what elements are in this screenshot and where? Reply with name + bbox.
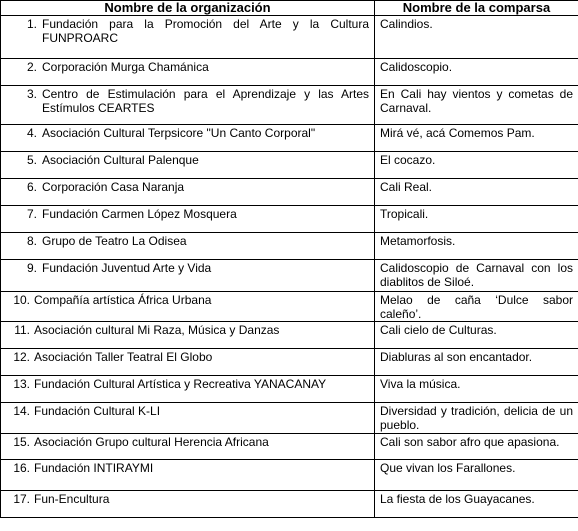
table-row: 14.Fundación Cultural K-LIDiversidad y t… <box>1 403 578 434</box>
row-number: 4. <box>6 126 42 140</box>
table-row: 1.Fundación para la Promoción del Arte y… <box>1 16 578 59</box>
organization-cell: 15.Asociación Grupo cultural Herencia Af… <box>1 434 375 460</box>
organization-name: Centro de Estimulación para el Aprendiza… <box>42 87 369 115</box>
table-row: 5.Asociación Cultural PalenqueEl cocazo. <box>1 152 578 179</box>
row-number: 2. <box>6 60 42 74</box>
comparsa-name: Diabluras al son encantador. <box>375 349 578 376</box>
organization-name: Corporación Murga Chamánica <box>42 60 369 74</box>
organization-cell: 14.Fundación Cultural K-LI <box>1 403 375 434</box>
organization-cell: 5.Asociación Cultural Palenque <box>1 152 375 179</box>
table-row: 2.Corporación Murga ChamánicaCalidoscopi… <box>1 59 578 86</box>
comparsa-name: La fiesta de los Guayacanes. <box>375 491 578 518</box>
row-number: 9. <box>6 261 42 275</box>
organization-name: Fundación Cultural Artística y Recreativ… <box>34 377 369 391</box>
organization-name: Asociación Taller Teatral El Globo <box>34 350 369 364</box>
row-number: 16. <box>6 461 34 475</box>
organization-cell: 4.Asociación Cultural Terpsicore "Un Can… <box>1 125 375 152</box>
row-number: 12. <box>6 350 34 364</box>
table-row: 15.Asociación Grupo cultural Herencia Af… <box>1 434 578 460</box>
organization-cell: 16.Fundación INTIRAYMI <box>1 460 375 491</box>
comparsa-name: Melao de caña ‘Dulce sabor caleño’. <box>375 292 578 322</box>
organization-cell: 3.Centro de Estimulación para el Aprendi… <box>1 86 375 125</box>
comparsa-name: Que vivan los Farallones. <box>375 460 578 491</box>
table-row: 17.Fun-EnculturaLa fiesta de los Guayaca… <box>1 491 578 518</box>
table-row: 6.Corporación Casa NaranjaCali Real. <box>1 179 578 206</box>
table-row: 13.Fundación Cultural Artística y Recrea… <box>1 376 578 403</box>
row-number: 17. <box>6 492 34 506</box>
organizations-table: Nombre de la organización Nombre de la c… <box>0 0 578 518</box>
comparsa-name: El cocazo. <box>375 152 578 179</box>
organization-name: Asociación Grupo cultural Herencia Afric… <box>34 435 369 449</box>
organization-cell: 13.Fundación Cultural Artística y Recrea… <box>1 376 375 403</box>
comparsa-name: Metamorfosis. <box>375 233 578 260</box>
header-comparsa: Nombre de la comparsa <box>375 1 578 16</box>
comparsa-name: Cali cielo de Culturas. <box>375 322 578 349</box>
organization-cell: 8.Grupo de Teatro La Odisea <box>1 233 375 260</box>
comparsa-name: Calindios. <box>375 16 578 59</box>
organization-cell: 12.Asociación Taller Teatral El Globo <box>1 349 375 376</box>
organization-name: Fundación para la Promoción del Arte y l… <box>42 17 369 45</box>
header-organization: Nombre de la organización <box>1 1 375 16</box>
table-row: 3.Centro de Estimulación para el Aprendi… <box>1 86 578 125</box>
row-number: 6. <box>6 180 42 194</box>
row-number: 14. <box>6 404 34 418</box>
row-number: 15. <box>6 435 34 449</box>
organization-name: Asociación Cultural Terpsicore "Un Canto… <box>42 126 369 140</box>
table-row: 8.Grupo de Teatro La OdiseaMetamorfosis. <box>1 233 578 260</box>
table-row: 11.Asociación cultural Mi Raza, Música y… <box>1 322 578 349</box>
organization-name: Compañía artística África Urbana <box>34 293 369 307</box>
table-row: 9.Fundación Juventud Arte y VidaCalidosc… <box>1 260 578 292</box>
comparsa-name: En Cali hay vientos y cometas de Carnava… <box>375 86 578 125</box>
comparsa-name: Calidoscopio. <box>375 59 578 86</box>
organization-cell: 10.Compañía artística África Urbana <box>1 292 375 322</box>
table-row: 7.Fundación Carmen López MosqueraTropica… <box>1 206 578 233</box>
organization-name: Corporación Casa Naranja <box>42 180 369 194</box>
comparsa-name: Diversidad y tradición, delicia de un pu… <box>375 403 578 434</box>
header-row: Nombre de la organización Nombre de la c… <box>1 1 578 16</box>
table-row: 10.Compañía artística África UrbanaMelao… <box>1 292 578 322</box>
organization-cell: 2.Corporación Murga Chamánica <box>1 59 375 86</box>
row-number: 5. <box>6 153 42 167</box>
organization-name: Fun-Encultura <box>34 492 369 506</box>
organization-cell: 7.Fundación Carmen López Mosquera <box>1 206 375 233</box>
comparsa-name: Calidoscopio de Carnaval con los diablit… <box>375 260 578 292</box>
row-number: 3. <box>6 87 42 115</box>
organization-name: Fundación Juventud Arte y Vida <box>42 261 369 275</box>
comparsa-name: Tropicali. <box>375 206 578 233</box>
organization-cell: 6.Corporación Casa Naranja <box>1 179 375 206</box>
organization-name: Fundación Cultural K-LI <box>34 404 369 418</box>
comparsa-name: Mirá vé, acá Comemos Pam. <box>375 125 578 152</box>
organization-name: Fundación Carmen López Mosquera <box>42 207 369 221</box>
comparsa-name: Cali Real. <box>375 179 578 206</box>
organization-name: Asociación Cultural Palenque <box>42 153 369 167</box>
row-number: 13. <box>6 377 34 391</box>
row-number: 7. <box>6 207 42 221</box>
row-number: 8. <box>6 234 42 248</box>
organization-name: Asociación cultural Mi Raza, Música y Da… <box>34 323 369 337</box>
row-number: 10. <box>6 293 34 307</box>
organization-cell: 9.Fundación Juventud Arte y Vida <box>1 260 375 292</box>
organization-name: Grupo de Teatro La Odisea <box>42 234 369 248</box>
comparsa-name: Cali son sabor afro que apasiona. <box>375 434 578 460</box>
row-number: 1. <box>6 17 42 45</box>
table-row: 12.Asociación Taller Teatral El GloboDia… <box>1 349 578 376</box>
comparsa-name: Viva la música. <box>375 376 578 403</box>
table-row: 16.Fundación INTIRAYMIQue vivan los Fara… <box>1 460 578 491</box>
row-number: 11. <box>6 323 34 337</box>
organization-cell: 11.Asociación cultural Mi Raza, Música y… <box>1 322 375 349</box>
organization-name: Fundación INTIRAYMI <box>34 461 369 475</box>
organization-cell: 1.Fundación para la Promoción del Arte y… <box>1 16 375 59</box>
organization-cell: 17.Fun-Encultura <box>1 491 375 518</box>
table-row: 4.Asociación Cultural Terpsicore "Un Can… <box>1 125 578 152</box>
